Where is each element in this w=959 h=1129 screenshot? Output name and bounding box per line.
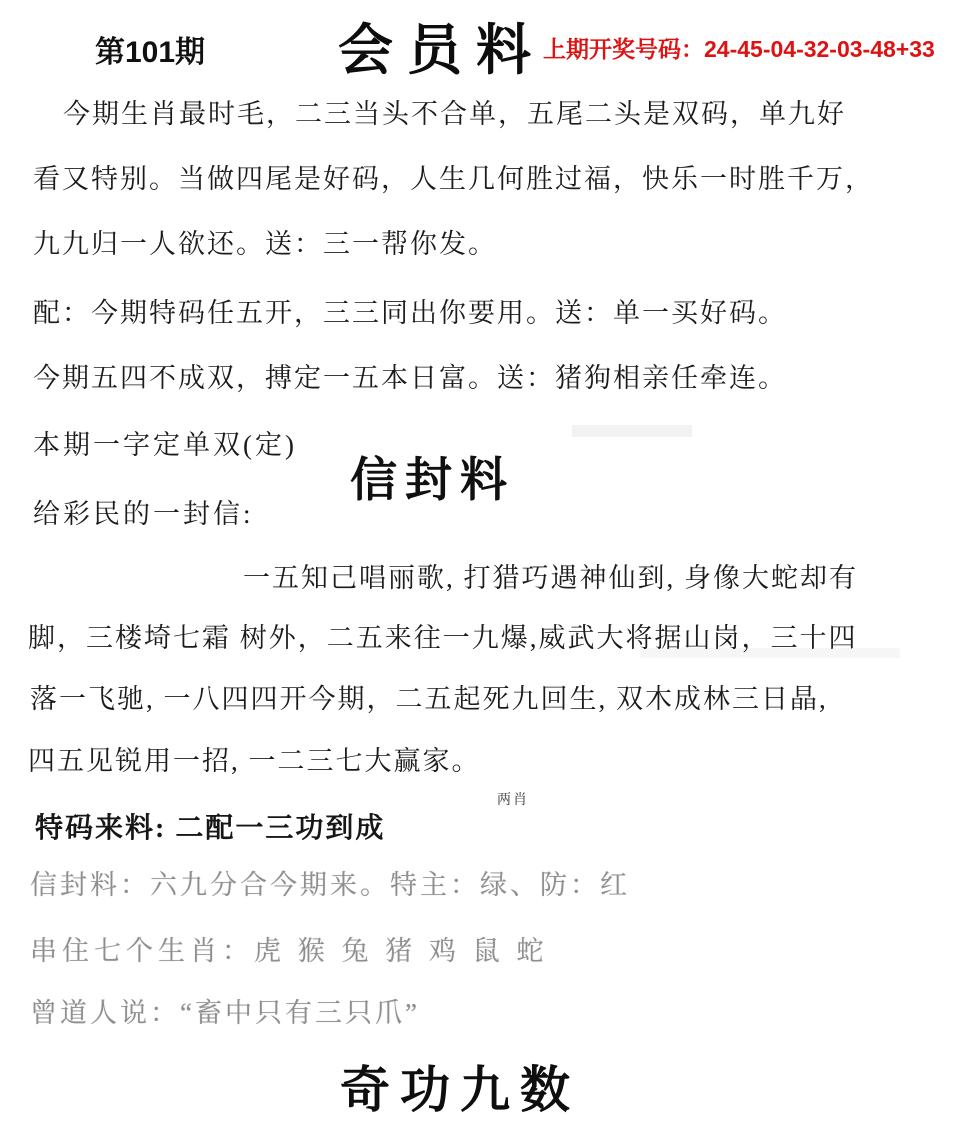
poem-line: 落一飞驰, 一八四四开今期，二五起死九回生, 双木成林三日晶, — [30, 677, 828, 716]
two-zodiac-note: 两肖 — [497, 789, 529, 809]
footer-section-title: 奇功九数 — [0, 1050, 920, 1122]
poem-line: 四五见锐用一招, 一二三七大赢家。 — [28, 739, 481, 778]
poem-line: 脚，三楼埼七霜 树外，二五来往一九爆,威武大将据山岗，三十四 — [28, 616, 858, 655]
member-line: 今期生肖最时毛，二三当头不合单，五尾二头是双码，单九好 — [63, 92, 846, 131]
special-code-line: 特码来料: 二配一三功到成 — [35, 806, 385, 846]
member-line: 本期一字定单双(定) — [33, 423, 297, 462]
issue-number: 第101期 — [95, 27, 205, 71]
last-draw-numbers: 上期开奖号码：24-45-04-32-03-48+33 — [543, 31, 935, 64]
faded-line: 信封料：六九分合今期来。特主：绿、防：红 — [30, 863, 630, 902]
letter-intro: 给彩民的一封信: — [33, 492, 254, 531]
page-title: 会员料 — [338, 6, 545, 85]
faded-line: 串住七个生肖：虎 猴 兔 猪 鸡 鼠 蛇 — [30, 929, 549, 968]
lottery-tip-sheet: { "header": { "issue": "第101期", "title":… — [0, 0, 959, 1129]
scan-smudge — [572, 425, 692, 437]
member-line: 看又特别。当做四尾是好码，人生几何胜过福，快乐一时胜千万， — [33, 157, 874, 196]
faded-line: 曾道人说：“畜中只有三只爪” — [30, 991, 420, 1030]
poem-line: 一五知己唱丽歌, 打猎巧遇神仙到, 身像大蛇却有 — [243, 556, 858, 595]
envelope-section-title: 信封料 — [350, 443, 515, 510]
member-line: 配：今期特码任五开，三三同出你要用。送：单一买好码。 — [33, 291, 787, 330]
member-line: 九九归一人欲还。送：三一帮你发。 — [33, 222, 497, 261]
member-line: 今期五四不成双，搏定一五本日富。送：猪狗相亲任牵连。 — [33, 356, 787, 395]
